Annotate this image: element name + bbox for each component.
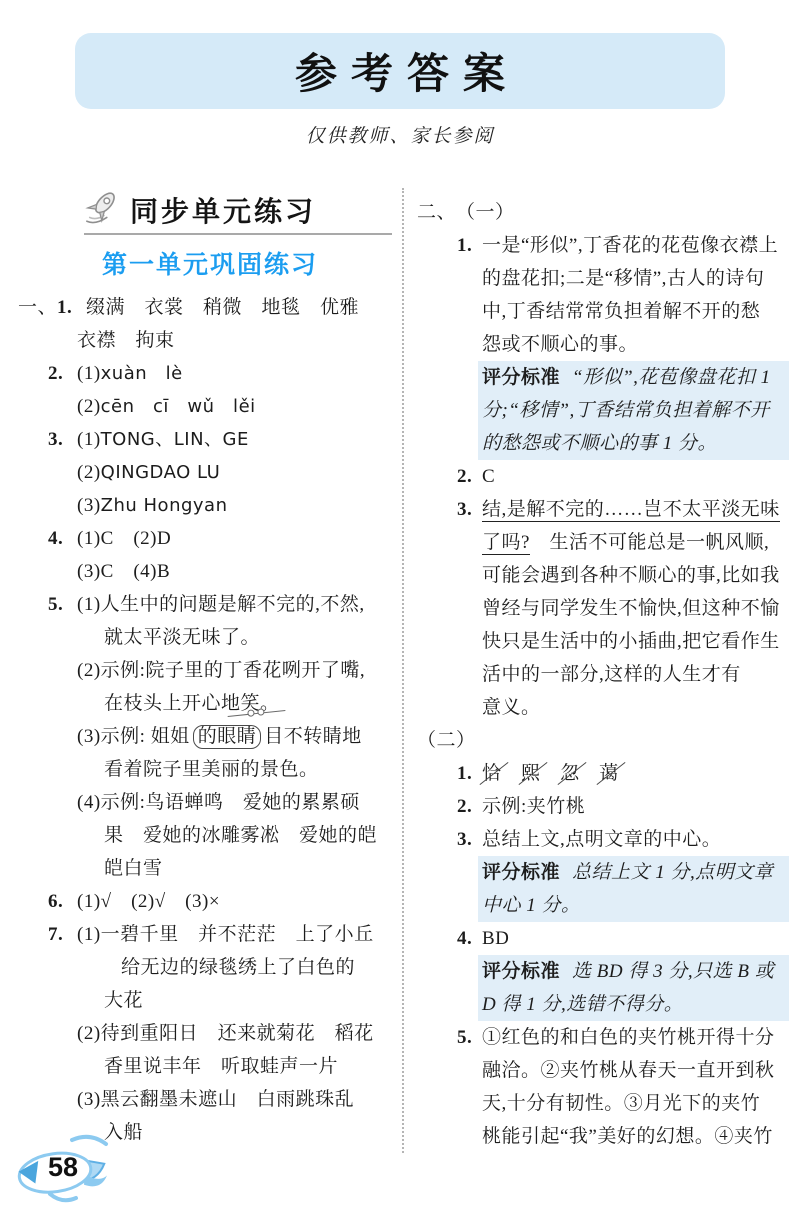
text-segment [580,763,600,784]
answer-line: 分;“移情”,丁香结常负担着解不开 [478,394,789,427]
text-segment: 皑白雪 [104,858,163,879]
text-segment: ①红色的和白色的夹竹桃开得十分 [482,1027,775,1048]
answer-line: 融洽。②夹竹桃从春天一直开到秋 [417,1054,789,1087]
struck-character: 忽 [560,757,580,790]
text-segment: (3)示例: 姐姐 [77,726,190,747]
text-segment: (2)待到重阳日 还来就菊花 稻花 [77,1023,374,1044]
section-underline [84,233,392,235]
answer-line: 1.一是“形似”,丁香花的花苞像衣襟上 [417,229,789,262]
text-segment: 活中的一部分,这样的人生才有 [482,664,741,685]
section-marker: 一、 [18,291,57,324]
text-segment [541,763,561,784]
item-number: 3. [48,423,77,456]
item-number: 7. [48,918,77,951]
text-segment: 生活不可能总是一帆风顺, [530,532,769,553]
page-title: 参考答案 [281,41,519,101]
text-segment: (3)C (4)B [77,561,170,582]
text-segment: 就太平淡无味了。 [104,627,260,648]
answer-line: 香里说丰年 听取蛙声一片 [18,1050,402,1083]
text-segment: （二） [417,730,476,751]
text-segment: BD [482,928,509,949]
page-subtitle: 仅供教师、家长参阅 [0,121,800,148]
text-segment: (2) [77,396,101,417]
underlined-text: 结,是解不完的……岂不太平淡无味 [482,499,780,522]
text-segment: 果 爱她的冰雕雾凇 爱她的皑 [104,825,377,846]
answer-line: 2.C [417,460,789,493]
boxed-text: 的眼睛 [193,725,262,749]
text-segment: (3) [77,495,101,516]
text-segment: (1)一碧千里 并不茫茫 上了小丘 [77,924,374,945]
answer-line: 4.(1)C (2)D [18,522,402,555]
score-criteria-text: “形似”,花苞像盘花扣 1 [572,367,771,388]
answer-line: 4.BD [417,922,789,955]
answer-line: 5.①红色的和白色的夹竹桃开得十分 [417,1021,789,1054]
text-segment: 给无边的绿毯绣上了白色的 [121,957,355,978]
text-segment: 中,丁香结常常负担着解不开的愁 [482,301,760,322]
answer-line: 评分标准“形似”,花苞像盘花扣 1 [478,361,789,394]
text-segment: 的盘花扣;二是“移情”,古人的诗句 [482,268,764,289]
text-segment: (2)示例:院子里的丁香花咧开了嘴, [77,660,365,681]
answer-line: 就太平淡无味了。 [18,621,402,654]
answer-line: (3)Zhu Hongyan [18,489,402,522]
score-criteria-text: 分;“移情”,丁香结常负担着解不开 [482,400,770,421]
score-criteria-text: 总结上文 1 分,点明文章 [572,862,773,883]
answer-line: 3.(1)TONG、LIN、GE [18,423,402,456]
score-criteria-label: 评分标准 [482,367,560,388]
answer-line: （二） [417,724,789,757]
struck-character: 恰 [482,757,502,790]
score-criteria-label: 评分标准 [482,862,560,883]
item-number: 4. [457,922,482,955]
answer-line: 活中的一部分,这样的人生才有 [417,658,789,691]
item-number: 6. [48,885,77,918]
page-number: 58 [40,1152,86,1183]
answer-line: D 得 1 分,选错不得分。 [478,988,789,1021]
answer-key-page: { "page": { "title": "参考答案", "subtitle":… [0,0,800,1225]
struck-character: 熙 [521,757,541,790]
latin-text: QINGDAO LU [101,462,221,483]
latin-text: cēn cī wǔ lěi [101,396,256,417]
text-segment: 大花 [104,990,143,1011]
section-title: 同步单元练习 [130,190,316,230]
text-segment: (3)黑云翻墨未遮山 白雨跳珠乱 [77,1089,354,1110]
answer-line: (3)C (4)B [18,555,402,588]
answer-line: 的盘花扣;二是“移情”,古人的诗句 [417,262,789,295]
answer-line: 可能会遇到各种不顺心的事,比如我 [417,559,789,592]
rocket-page-badge-icon: 58 [10,1128,120,1214]
left-answer-column: 一、1.缀满 衣裳 稍微 地毯 优雅衣襟 拘束2.(1)xuàn lè(2)cē… [18,291,402,1149]
text-segment [502,763,522,784]
answer-line: 了吗? 生活不可能总是一帆风顺, [417,526,789,559]
item-number: 4. [48,522,77,555]
item-number: 5. [457,1021,482,1054]
answer-line: 的愁怨或不顺心的事 1 分。 [478,427,789,460]
answer-line: 3.总结上文,点明文章的中心。 [417,823,789,856]
item-number: 5. [48,588,77,621]
answer-line: (3)示例: 姐姐的眼睛目不转睛地 [18,720,402,753]
answer-line: 2.(1)xuàn lè [18,357,402,390]
answer-line: 桃能引起“我”美好的幻想。④夹竹 [417,1120,789,1153]
answer-line: 5.(1)人生中的问题是解不完的,不然, [18,588,402,621]
text-segment: 一是“形似”,丁香花的花苞像衣襟上 [482,235,778,256]
text-segment: 曾经与同学发生不愉快,但这种不愉 [482,598,780,619]
answer-line: 6.(1)√ (2)√ (3)× [18,885,402,918]
answer-line: 给无边的绿毯绣上了白色的 [18,951,402,984]
answer-line: 果 爱她的冰雕雾凇 爱她的皑 [18,819,402,852]
score-criteria-text: 中心 1 分。 [482,895,581,916]
answer-line: 大花 [18,984,402,1017]
answer-line: 意义。 [417,691,789,724]
text-segment: (1)√ (2)√ (3)× [77,891,220,912]
answer-line: 2.示例:夹竹桃 [417,790,789,823]
answer-line: 中,丁香结常常负担着解不开的愁 [417,295,789,328]
answer-line: 在枝头上开心地笑。 [18,687,402,720]
text-segment: 在枝头上开心地笑。 [104,693,280,714]
item-number: 1. [457,757,482,790]
text-segment: (1)C (2)D [77,528,171,549]
item-number: 1. [457,229,482,262]
latin-text: xuàn lè [101,363,183,384]
text-segment: 衣襟 拘束 [77,330,175,351]
right-answer-column: 二、（一）1.一是“形似”,丁香花的花苞像衣襟上的盘花扣;二是“移情”,古人的诗… [417,196,789,1153]
answers-header-banner: 参考答案 [75,33,725,109]
text-segment: 缀满 衣裳 稍微 地毯 优雅 [86,297,359,318]
text-segment: 看着院子里美丽的景色。 [104,759,319,780]
item-number: 2. [457,790,482,823]
text-segment: 目不转睛地 [264,726,362,747]
text-segment: (2) [77,462,101,483]
answer-line: 看着院子里美丽的景色。 [18,753,402,786]
score-criteria-label: 评分标准 [482,961,560,982]
answer-line: (2)示例:院子里的丁香花咧开了嘴, [18,654,402,687]
text-segment: C [482,466,495,487]
answer-line: 7.(1)一碧千里 并不茫茫 上了小丘 [18,918,402,951]
answer-line: 1.恰 熙 忽 蔼 [417,757,789,790]
item-number: 3. [457,493,482,526]
answer-line: (4)示例:鸟语蝉鸣 爱她的累累硕 [18,786,402,819]
text-segment: 怨或不顺心的事。 [482,334,638,355]
answer-line: 曾经与同学发生不愉快,但这种不愉 [417,592,789,625]
text-segment: 快只是生活中的小插曲,把它看作生 [482,631,780,652]
item-number: 2. [457,460,482,493]
item-number: 3. [457,823,482,856]
answer-line: 评分标准选 BD 得 3 分,只选 B 或 [478,955,789,988]
answer-line: 中心 1 分。 [478,889,789,922]
text-segment: 示例:夹竹桃 [482,796,585,817]
score-criteria-text: D 得 1 分,选错不得分。 [482,994,683,1015]
section-marker: 二、 [417,196,456,229]
text-segment: 总结上文,点明文章的中心。 [482,829,721,850]
text-segment: 意义。 [482,697,541,718]
rocket-icon [84,188,122,231]
text-segment: 融洽。②夹竹桃从春天一直开到秋 [482,1060,775,1081]
latin-text: Zhu Hongyan [101,495,228,516]
score-criteria-text: 选 BD 得 3 分,只选 B 或 [572,961,774,982]
unit-title: 第一单元巩固练习 [18,245,402,281]
text-segment: (1) [77,363,101,384]
text-segment: 可能会遇到各种不顺心的事,比如我 [482,565,780,586]
text-segment: （一） [456,202,515,223]
underlined-text: 了吗? [482,532,530,555]
answer-line: 二、（一） [417,196,789,229]
answer-line: 衣襟 拘束 [18,324,402,357]
text-segment: (1) [77,429,101,450]
answer-line: 一、1.缀满 衣裳 稍微 地毯 优雅 [18,291,402,324]
answer-line: 天,十分有韧性。③月光下的夹竹 [417,1087,789,1120]
latin-text: TONG、LIN、GE [101,429,249,450]
answer-line: (2)QINGDAO LU [18,456,402,489]
column-divider [402,188,404,1153]
text-segment: 香里说丰年 听取蛙声一片 [104,1056,338,1077]
struck-character: 蔼 [599,757,619,790]
text-segment: 桃能引起“我”美好的幻想。④夹竹 [482,1126,773,1147]
answer-line: (2)待到重阳日 还来就菊花 稻花 [18,1017,402,1050]
item-number: 1. [57,291,86,324]
answer-line: 评分标准总结上文 1 分,点明文章 [478,856,789,889]
answer-line: 3.结,是解不完的……岂不太平淡无味 [417,493,789,526]
answer-line: 怨或不顺心的事。 [417,328,789,361]
text-segment: (4)示例:鸟语蝉鸣 爱她的累累硕 [77,792,360,813]
answer-line: 皑白雪 [18,852,402,885]
text-segment: 天,十分有韧性。③月光下的夹竹 [482,1093,760,1114]
section-head: 同步单元练习 [84,188,394,231]
answer-line: (2)cēn cī wǔ lěi [18,390,402,423]
text-segment: (1)人生中的问题是解不完的,不然, [77,594,365,615]
score-criteria-text: 的愁怨或不顺心的事 1 分。 [482,433,717,454]
answer-line: (3)黑云翻墨未遮山 白雨跳珠乱 [18,1083,402,1116]
item-number: 2. [48,357,77,390]
answer-line: 快只是生活中的小插曲,把它看作生 [417,625,789,658]
